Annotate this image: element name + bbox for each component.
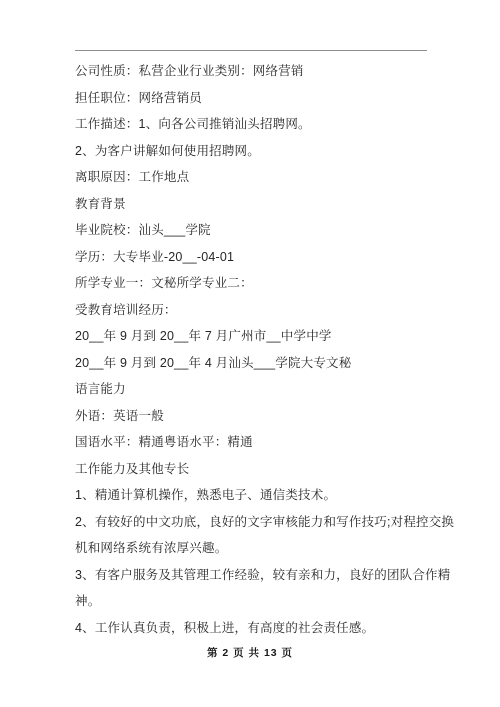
document-line: 20__年 9 月到 20__年 4 月汕头___学院大专文秘	[75, 350, 435, 377]
document-line: 外语：英语一般	[75, 403, 435, 430]
document-line: 教育背景	[75, 191, 435, 218]
document-line: 4、工作认真负责，积极上进，有高度的社会责任感。	[75, 615, 435, 642]
document-line: 神。	[75, 588, 435, 615]
resume-document-page: 公司性质：私营企业行业类别：网络营销担任职位：网络营销员工作描述：1、向各公司推…	[0, 0, 500, 707]
document-line: 1、精通计算机操作，熟悉电子、通信类技术。	[75, 482, 435, 509]
document-line: 所学专业一：文秘所学专业二：	[75, 270, 435, 297]
document-line: 语言能力	[75, 376, 435, 403]
document-line: 国语水平：精通粤语水平：精通	[75, 429, 435, 456]
document-line: 机和网络系统有浓厚兴趣。	[75, 535, 435, 562]
document-line: 20__年 9 月到 20__年 7 月广州市__中学中学	[75, 323, 435, 350]
header-divider	[75, 50, 427, 51]
document-line: 2、有较好的中文功底，良好的文字审核能力和写作技巧;对程控交换	[75, 509, 435, 536]
document-line: 2、为客户讲解如何使用招聘网。	[75, 138, 435, 165]
document-line: 工作能力及其他专长	[75, 456, 435, 483]
document-line: 学历：大专毕业-20__-04-01	[75, 244, 435, 271]
document-line: 担任职位：网络营销员	[75, 85, 435, 112]
page-number-footer: 第 2 页 共 13 页	[0, 645, 500, 660]
document-line: 受教育培训经历：	[75, 297, 435, 324]
document-body: 公司性质：私营企业行业类别：网络营销担任职位：网络营销员工作描述：1、向各公司推…	[75, 58, 435, 641]
document-line: 离职原因：工作地点	[75, 164, 435, 191]
document-line: 毕业院校：汕头___学院	[75, 217, 435, 244]
document-line: 3、有客户服务及其管理工作经验，较有亲和力，良好的团队合作精	[75, 562, 435, 589]
document-line: 工作描述：1、向各公司推销汕头招聘网。	[75, 111, 435, 138]
document-line: 公司性质：私营企业行业类别：网络营销	[75, 58, 435, 85]
